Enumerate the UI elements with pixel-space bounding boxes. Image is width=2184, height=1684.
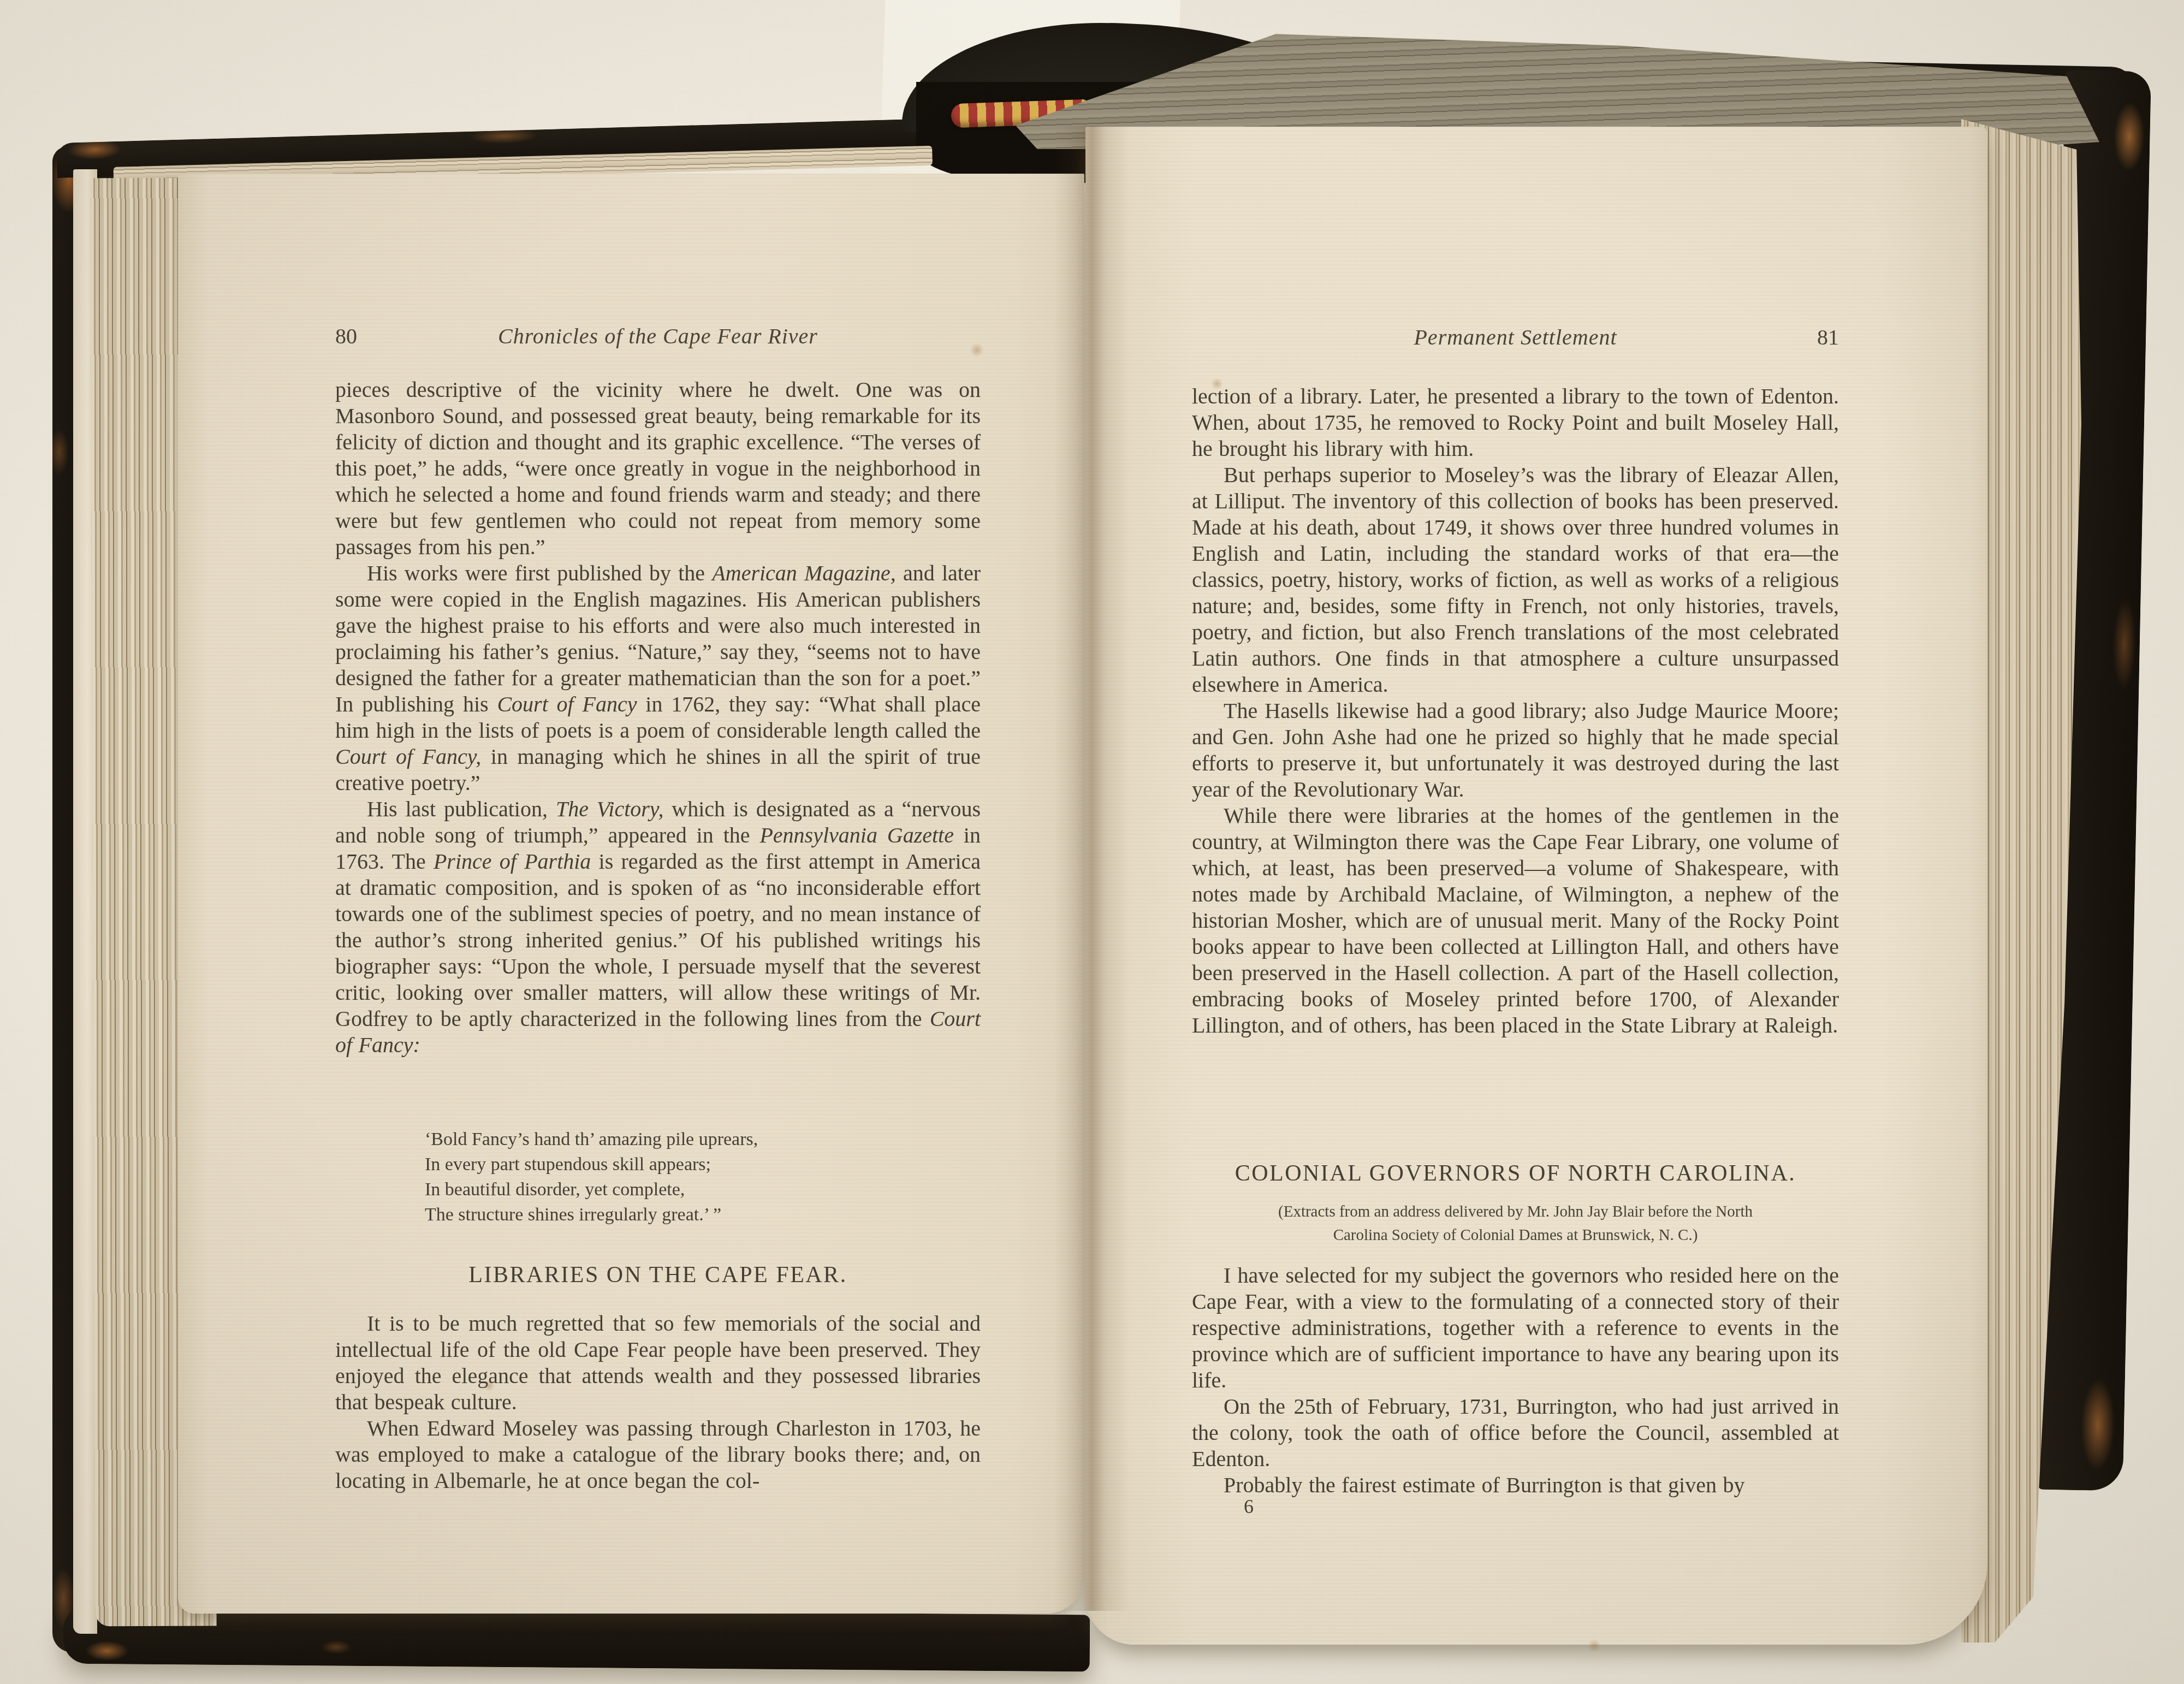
address-extract-note: (Extracts from an address delivered by M… bbox=[1192, 1200, 1839, 1247]
verse-quotation: ‘Bold Fancy’s hand th’ amazing pile upre… bbox=[425, 1127, 758, 1228]
right-body-text-after-heading: I have selected for my subject the gover… bbox=[1192, 1262, 1839, 1498]
paragraph: pieces descriptive of the vicinity where… bbox=[335, 377, 981, 560]
paragraph: His works were first published by the Am… bbox=[335, 560, 981, 796]
text-line: In every part stupendous skill appears; bbox=[425, 1152, 758, 1177]
right-section-heading: COLONIAL GOVERNORS OF NORTH CAROLINA. bbox=[1192, 1160, 1839, 1187]
left-body-text-after-heading: It is to be much regretted that so few m… bbox=[335, 1311, 981, 1494]
left-page: 80 Chronicles of the Cape Fear River pie… bbox=[178, 174, 1084, 1614]
signature-mark: 6 bbox=[1244, 1495, 1254, 1518]
right-running-title: Permanent Settlement bbox=[1192, 324, 1839, 350]
left-section-heading: LIBRARIES ON THE CAPE FEAR. bbox=[335, 1262, 981, 1288]
text-line: (Extracts from an address delivered by M… bbox=[1192, 1200, 1839, 1224]
paragraph: But perhaps superior to Moseley’s was th… bbox=[1192, 462, 1839, 698]
text-line: ‘Bold Fancy’s hand th’ amazing pile upre… bbox=[425, 1127, 758, 1152]
foxing-spot bbox=[1588, 1639, 1601, 1652]
left-running-title: Chronicles of the Cape Fear River bbox=[335, 323, 981, 349]
paragraph: It is to be much regretted that so few m… bbox=[335, 1311, 981, 1415]
right-page-number: 81 bbox=[1817, 324, 1839, 350]
right-running-head: Permanent Settlement 81 bbox=[1192, 324, 1839, 357]
paragraph: I have selected for my subject the gover… bbox=[1192, 1262, 1839, 1394]
paragraph: On the 25th of February, 1731, Burringto… bbox=[1192, 1394, 1839, 1472]
paragraph: The Hasells likewise had a good library;… bbox=[1192, 698, 1839, 803]
left-page-number: 80 bbox=[335, 323, 357, 349]
paragraph: Probably the fairest estimate of Burring… bbox=[1192, 1472, 1839, 1498]
photo-of-open-book: { "book": { "title_running_left": "Chron… bbox=[0, 0, 2184, 1684]
right-page: Permanent Settlement 81 lection of a lib… bbox=[1085, 127, 1987, 1645]
left-running-head: 80 Chronicles of the Cape Fear River bbox=[335, 323, 981, 356]
paragraph: His last publication, The Victory, which… bbox=[335, 796, 981, 1058]
book-cover-bottom-edge bbox=[63, 1607, 1090, 1672]
paragraph: While there were libraries at the homes … bbox=[1192, 803, 1839, 1039]
text-line: In beautiful disorder, yet complete, bbox=[425, 1177, 758, 1202]
text-line: The structure shines irregularly great.’… bbox=[425, 1202, 758, 1228]
paragraph: When Edward Moseley was passing through … bbox=[335, 1415, 981, 1494]
left-body-text: pieces descriptive of the vicinity where… bbox=[335, 377, 981, 1058]
right-body-text: lection of a library. Later, he presente… bbox=[1192, 383, 1839, 1039]
text-line: Carolina Society of Colonial Dames at Br… bbox=[1192, 1224, 1839, 1247]
paragraph: lection of a library. Later, he presente… bbox=[1192, 383, 1839, 462]
